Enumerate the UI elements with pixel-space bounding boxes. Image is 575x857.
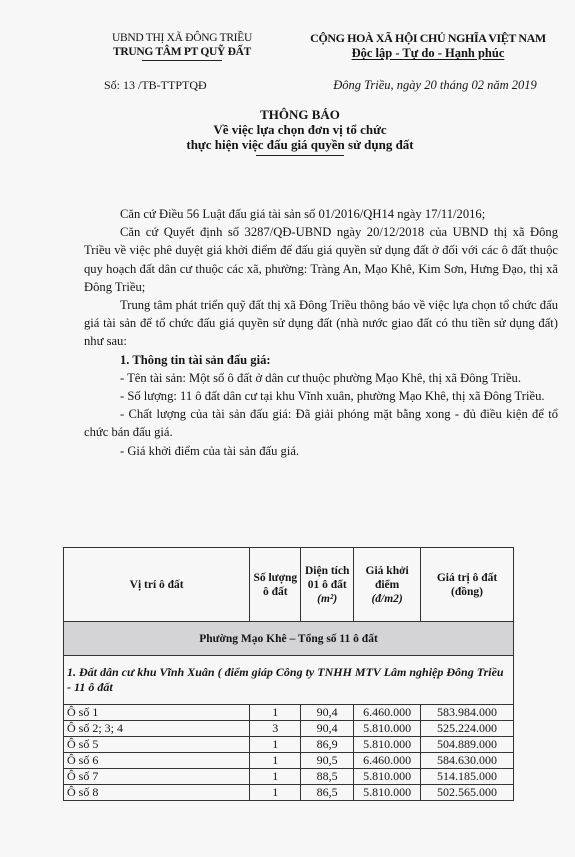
cell-value: 583.984.000 bbox=[421, 705, 514, 721]
group-title: Phường Mạo Khê – Tổng số 11 ô đất bbox=[64, 622, 514, 656]
header-price-unit: (đ/m2) bbox=[371, 593, 402, 605]
header-price-label: Giá khởi điểm bbox=[366, 565, 409, 591]
cell-quantity: 1 bbox=[250, 785, 301, 801]
section-title: 1. Đất dân cư khu Vĩnh Xuân ( điểm giáp … bbox=[64, 656, 514, 705]
cell-price: 5.810.000 bbox=[354, 785, 421, 801]
cell-value: 504.889.000 bbox=[421, 737, 514, 753]
national-header-block: CỘNG HOÀ XÃ HỘI CHỦ NGHĨA VIỆT NAM Độc l… bbox=[287, 31, 569, 61]
header-area-unit: (m²) bbox=[317, 593, 337, 605]
header-area: Diện tích 01 ô đất (m²) bbox=[301, 548, 354, 622]
document-title: THÔNG BÁO bbox=[100, 107, 500, 122]
cell-area: 86,9 bbox=[301, 737, 354, 753]
cell-location: Ô số 1 bbox=[64, 705, 250, 721]
header-value: Giá trị ô đất (đồng) bbox=[421, 548, 514, 622]
cell-price: 5.810.000 bbox=[354, 721, 421, 737]
cell-value: 525.224.000 bbox=[421, 721, 514, 737]
national-title: CỘNG HOÀ XÃ HỘI CHỦ NGHĨA VIỆT NAM bbox=[287, 31, 569, 46]
cell-area: 90,4 bbox=[301, 721, 354, 737]
legal-basis-1: Căn cứ Điều 56 Luật đấu giá tài sản số 0… bbox=[84, 205, 558, 223]
cell-quantity: 1 bbox=[250, 705, 301, 721]
cell-area: 90,4 bbox=[301, 705, 354, 721]
cell-area: 90,5 bbox=[301, 753, 354, 769]
table-group-row: Phường Mạo Khê – Tổng số 11 ô đất bbox=[64, 622, 514, 656]
cell-value: 514.185.000 bbox=[421, 769, 514, 785]
table-section-row: 1. Đất dân cư khu Vĩnh Xuân ( điểm giáp … bbox=[64, 656, 514, 705]
document-subtitle-2: thực hiện việc đấu giá quyền sử dụng đất bbox=[100, 137, 500, 152]
cell-quantity: 3 bbox=[250, 721, 301, 737]
table-row: Ô số 1190,46.460.000583.984.000 bbox=[64, 705, 514, 721]
agency-underline bbox=[142, 60, 222, 61]
table-header-row: Vị trí ô đất Số lượng ô đất Diện tích 01… bbox=[64, 548, 514, 622]
asset-quality-item: - Chất lượng của tài sản đấu giá: Đã giả… bbox=[84, 405, 558, 441]
agency-name: TRUNG TÂM PT QUỸ ĐẤT bbox=[96, 45, 268, 59]
starting-price-item: - Giá khởi điểm của tài sản đấu giá. bbox=[84, 442, 558, 460]
cell-location: Ô số 8 bbox=[64, 785, 250, 801]
cell-area: 86,5 bbox=[301, 785, 354, 801]
document-number: Số: 13 /TB-TTPTQĐ bbox=[104, 78, 207, 93]
legal-basis-2: Căn cứ Quyết định số 3287/QĐ-UBND ngày 2… bbox=[84, 223, 558, 296]
cell-quantity: 1 bbox=[250, 737, 301, 753]
document-title-block: THÔNG BÁO Về việc lựa chọn đơn vị tổ chứ… bbox=[100, 107, 500, 156]
table-row: Ô số 6190,56.460.000584.630.000 bbox=[64, 753, 514, 769]
agency-parent: UBND THỊ XÃ ĐÔNG TRIỀU bbox=[96, 31, 268, 45]
header-price: Giá khởi điểm (đ/m2) bbox=[354, 548, 421, 622]
table-row: Ô số 5186,95.810.000504.889.000 bbox=[64, 737, 514, 753]
cell-value: 584.630.000 bbox=[421, 753, 514, 769]
cell-value: 502.565.000 bbox=[421, 785, 514, 801]
table-row: Ô số 2; 3; 4390,45.810.000525.224.000 bbox=[64, 721, 514, 737]
cell-price: 5.810.000 bbox=[354, 769, 421, 785]
header-area-label: Diện tích 01 ô đất bbox=[305, 565, 349, 591]
header-location: Vị trí ô đất bbox=[64, 548, 250, 622]
table-row: Ô số 7188,55.810.000514.185.000 bbox=[64, 769, 514, 785]
issuing-agency-block: UBND THỊ XÃ ĐÔNG TRIỀU TRUNG TÂM PT QUỸ … bbox=[96, 31, 268, 61]
cell-price: 5.810.000 bbox=[354, 737, 421, 753]
cell-quantity: 1 bbox=[250, 769, 301, 785]
cell-price: 6.460.000 bbox=[354, 753, 421, 769]
cell-quantity: 1 bbox=[250, 753, 301, 769]
title-underline bbox=[256, 155, 344, 156]
section-heading-asset-info: 1. Thông tin tài sản đấu giá: bbox=[84, 351, 558, 369]
document-body: Căn cứ Điều 56 Luật đấu giá tài sản số 0… bbox=[84, 205, 558, 460]
asset-quantity-item: - Số lượng: 11 ô đất dân cư tại khu Vĩnh… bbox=[84, 387, 558, 405]
national-motto: Độc lập - Tự do - Hạnh phúc bbox=[287, 46, 569, 61]
header-quantity: Số lượng ô đất bbox=[250, 548, 301, 622]
cell-price: 6.460.000 bbox=[354, 705, 421, 721]
announcement-paragraph: Trung tâm phát triển quỹ đất thị xã Đông… bbox=[84, 296, 558, 351]
cell-area: 88,5 bbox=[301, 769, 354, 785]
cell-location: Ô số 6 bbox=[64, 753, 250, 769]
place-date-line: Đông Triều, ngày 20 tháng 02 năm 2019 bbox=[300, 78, 570, 93]
cell-location: Ô số 5 bbox=[64, 737, 250, 753]
cell-location: Ô số 7 bbox=[64, 769, 250, 785]
land-plot-table: Vị trí ô đất Số lượng ô đất Diện tích 01… bbox=[63, 547, 514, 801]
table-row: Ô số 8186,55.810.000502.565.000 bbox=[64, 785, 514, 801]
asset-name-item: - Tên tài sản: Một số ô đất ở dân cư thu… bbox=[84, 369, 558, 387]
cell-location: Ô số 2; 3; 4 bbox=[64, 721, 250, 737]
document-subtitle-1: Về việc lựa chọn đơn vị tổ chức bbox=[100, 122, 500, 137]
